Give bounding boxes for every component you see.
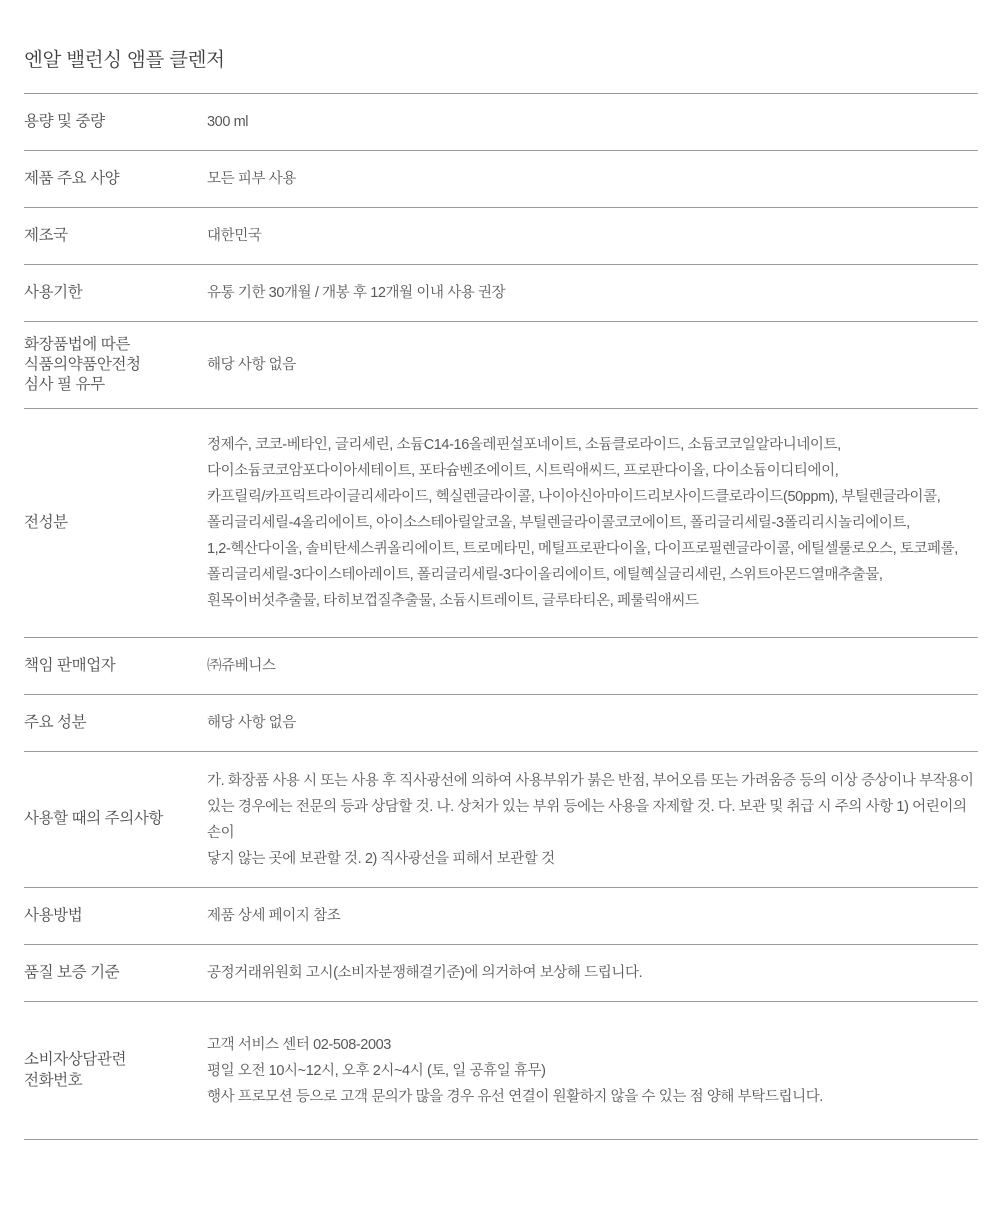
spec-row-shelf-life: 사용기한 유통 기한 30개월 / 개봉 후 12개월 이내 사용 권장 — [24, 265, 978, 322]
spec-row-specs: 제품 주요 사양 모든 피부 사용 — [24, 151, 978, 208]
row-label: 소비자상담관련 전화번호 — [24, 1050, 207, 1090]
spec-row-country: 제조국 대한민국 — [24, 208, 978, 265]
row-value: 대한민국 — [207, 223, 978, 249]
row-value: 정제수, 코코-베타인, 글리세린, 소듐C14-16올레핀설포네이트, 소듐클… — [207, 432, 978, 614]
page-title: 엔알 밸런싱 앰플 클렌저 — [24, 44, 978, 72]
row-label: 사용방법 — [24, 906, 207, 926]
row-label: 전성분 — [24, 513, 207, 533]
row-label: 주요 성분 — [24, 713, 207, 733]
spec-row-precautions: 사용할 때의 주의사항 가. 화장품 사용 시 또는 사용 후 직사광선에 의하… — [24, 752, 978, 888]
row-label: 사용할 때의 주의사항 — [24, 809, 207, 829]
row-value: 고객 서비스 센터 02-508-2003 평일 오전 10시~12시, 오후 … — [207, 1032, 978, 1110]
row-label: 사용기한 — [24, 283, 207, 303]
row-label: 제조국 — [24, 226, 207, 246]
spec-row-mfds-review: 화장품법에 따른 식품의약품안전청 심사 필 유무 해당 사항 없음 — [24, 322, 978, 409]
row-value: 해당 사항 없음 — [207, 352, 978, 378]
spec-row-key-ingredients: 주요 성분 해당 사항 없음 — [24, 695, 978, 752]
product-spec-table: 용량 및 중량 300 ml 제품 주요 사양 모든 피부 사용 제조국 대한민… — [24, 94, 978, 1140]
row-value: ㈜쥬베니스 — [207, 653, 978, 679]
row-value: 제품 상세 페이지 참조 — [207, 903, 978, 929]
spec-row-seller: 책임 판매업자 ㈜쥬베니스 — [24, 638, 978, 695]
row-value: 가. 화장품 사용 시 또는 사용 후 직사광선에 의하여 사용부위가 붉은 반… — [207, 768, 978, 872]
row-label: 책임 판매업자 — [24, 656, 207, 676]
row-value: 모든 피부 사용 — [207, 166, 978, 192]
spec-row-usage: 사용방법 제품 상세 페이지 참조 — [24, 888, 978, 945]
row-value: 유통 기한 30개월 / 개봉 후 12개월 이내 사용 권장 — [207, 280, 978, 306]
row-label: 품질 보증 기준 — [24, 963, 207, 983]
product-spec-section: 엔알 밸런싱 앰플 클렌저 용량 및 중량 300 ml 제품 주요 사양 모든… — [24, 0, 978, 1140]
spec-row-customer-service: 소비자상담관련 전화번호 고객 서비스 센터 02-508-2003 평일 오전… — [24, 1002, 978, 1140]
spec-row-ingredients: 전성분 정제수, 코코-베타인, 글리세린, 소듐C14-16올레핀설포네이트,… — [24, 409, 978, 638]
row-value: 공정거래위원회 고시(소비자분쟁해결기준)에 의거하여 보상해 드립니다. — [207, 960, 978, 986]
row-label: 제품 주요 사양 — [24, 169, 207, 189]
row-value: 300 ml — [207, 109, 978, 135]
title-block: 엔알 밸런싱 앰플 클렌저 — [24, 0, 978, 94]
row-value: 해당 사항 없음 — [207, 710, 978, 736]
spec-row-volume: 용량 및 중량 300 ml — [24, 94, 978, 151]
spec-row-warranty: 품질 보증 기준 공정거래위원회 고시(소비자분쟁해결기준)에 의거하여 보상해… — [24, 945, 978, 1002]
row-label: 화장품법에 따른 식품의약품안전청 심사 필 유무 — [24, 335, 207, 395]
row-label: 용량 및 중량 — [24, 112, 207, 132]
